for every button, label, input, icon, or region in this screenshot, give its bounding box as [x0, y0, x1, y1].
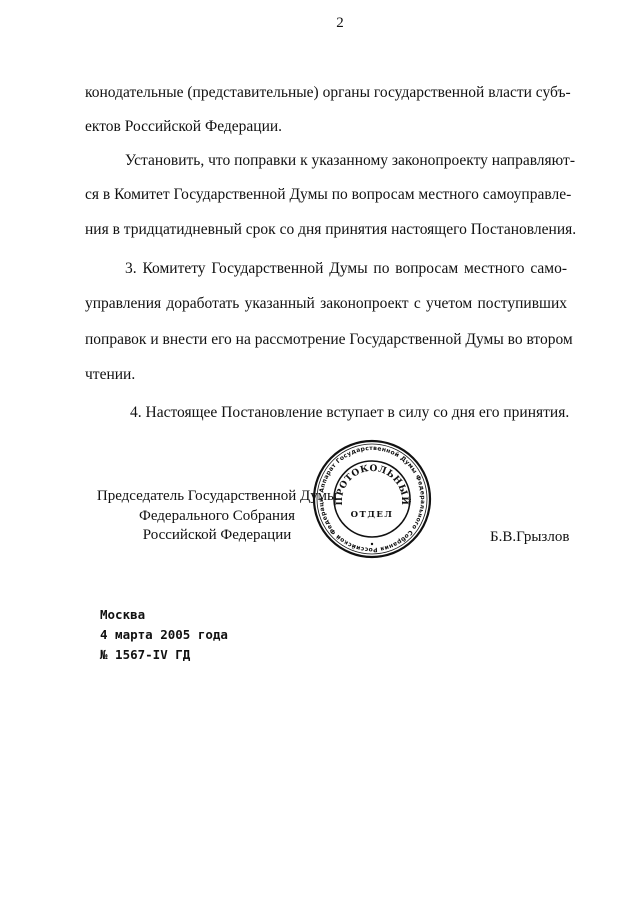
body-line: Установить, что поправки к указанному за… [125, 152, 567, 170]
body-line: управления доработать указанный законопр… [85, 295, 567, 313]
signature-title-line: Федерального Собрания [92, 507, 342, 527]
body-line: ся в Комитет Государственной Думы по воп… [85, 186, 567, 204]
stamp-inner-bottom: ОТДЕЛ [351, 510, 394, 520]
body-line: ектов Российской Федерации. [85, 118, 567, 136]
signature-title-line: Председатель Государственной Думы [92, 487, 342, 507]
body-line: 4. Настоящее Постановление вступает в си… [130, 404, 569, 422]
signature-title-line: Российской Федерации [92, 526, 342, 546]
document-footer: Москва 4 марта 2005 года № 1567-IV ГД [100, 605, 228, 665]
page-number: 2 [0, 15, 640, 32]
footer-number: № 1567-IV ГД [100, 645, 228, 665]
svg-text:Аппарат Государственной Думы Ф: Аппарат Государственной Думы Федеральног… [312, 439, 426, 553]
official-stamp: Аппарат Государственной Думы Федеральног… [312, 439, 432, 559]
body-line: поправок и внести его на рассмотрение Го… [85, 331, 567, 349]
body-line: конодательные (представительные) органы … [85, 84, 567, 102]
footer-date: 4 марта 2005 года [100, 625, 228, 645]
signatory-name: Б.В.Грызлов [490, 529, 569, 546]
body-line: чтении. [85, 366, 567, 384]
footer-city: Москва [100, 605, 228, 625]
stamp-outer-text: Аппарат Государственной Думы Федеральног… [312, 439, 426, 553]
stamp-seal-icon: Аппарат Государственной Думы Федеральног… [312, 439, 432, 559]
signature-title: Председатель Государственной Думы Федера… [92, 487, 342, 546]
body-line: ния в тридцатидневный срок со дня принят… [85, 221, 567, 239]
body-line: 3. Комитету Государственной Думы по вопр… [125, 260, 567, 278]
